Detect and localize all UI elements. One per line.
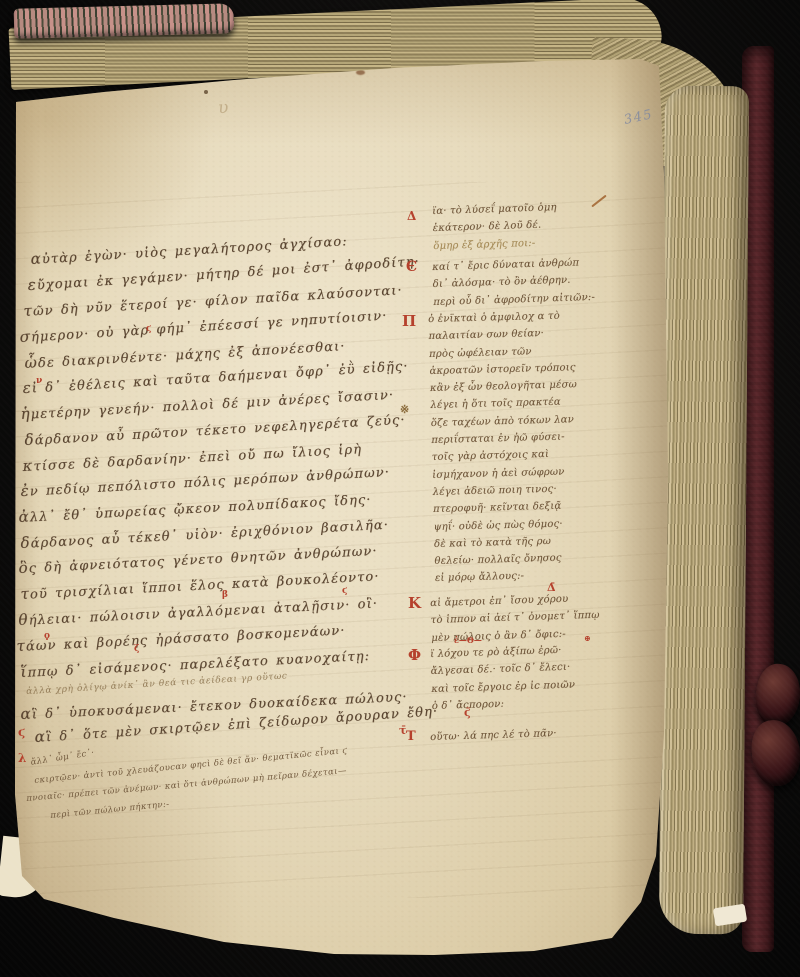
red-reference-mark-delta-bar: Δ̄ [547, 582, 556, 593]
scholion-line: ὁ δ᾽ ἄϲπορον: [432, 696, 576, 718]
scholion-block: οὕτω· λά πηϲ λέ τὸ πᾶν· [430, 728, 557, 749]
asterisk-mark: ※ [400, 404, 409, 415]
red-reference-mark-sup-line14b: ϛ [342, 587, 347, 596]
parchment-page: υ 345 αὐτὰρ ἐγὼν· υἱὸς μεγαλήτορος ἀγχίσ… [14, 54, 670, 958]
scholion-block: ϊα· τὸ λύσεΐ ματοῖο ὁμηἑκάτερον· δὲ λοῦ … [432, 202, 558, 258]
rubric-initial: Π [402, 314, 416, 329]
manuscript-photograph: υ 345 αὐτὰρ ἐγὼν· υἱὸς μεγαλήτορος ἀγχίσ… [0, 0, 800, 977]
fore-edge-page-stack [659, 86, 749, 935]
scholion-line: οὕτω· λά πηϲ λέ τὸ πᾶν· [430, 728, 557, 749]
bottom-note-line: ἄλλ᾽ ὦμ᾽ ἔϲ᾽· [30, 748, 95, 768]
red-reference-mark-sup-line14a: β [222, 591, 228, 600]
stain-spot [356, 70, 365, 75]
red-reference-mark-sup-line16b: ζ [134, 645, 139, 654]
scholion-line: εἰ μόρῳ ἄλλους:- [435, 570, 582, 591]
scholion-block: ὁ ἐνϊκταὶ ὁ ἀμφιλοχ α τὸπαλαιτίαν σων θε… [428, 310, 582, 591]
red-reference-mark-eps-theta: ἑ—Θ— [454, 636, 482, 644]
ink-speck [204, 90, 208, 94]
red-reference-mark-sup-line4: ϛ [146, 325, 151, 334]
rubric-initial: Φ [408, 648, 421, 663]
scholion-block: ϊ λόχου τε ρὸ ἀξίπω ἐρῶ·ἄλγεσαι δέ.· τοῖ… [430, 644, 576, 718]
scholion-line: ὅμηρ ἐξ ἀρχῆς ποι:- [433, 237, 558, 258]
red-reference-mark-circle-plus: ⊕ [584, 634, 591, 642]
page-number: 345 [623, 107, 655, 128]
rubric-initial: λ [18, 752, 26, 764]
red-reference-mark-detached-init: ϛ [18, 726, 25, 738]
rubric-initial: Є [406, 260, 417, 274]
red-reference-mark-detached-right: τ̄ [399, 725, 406, 736]
bottom-note-line: περὶ τῶν πώλων πήκτην:- [50, 800, 170, 821]
bleed-through-mark: υ [217, 98, 229, 119]
rubric-initial: Κ [408, 596, 421, 611]
rubric-initial: Τ [406, 730, 416, 743]
pen-trial-stroke [591, 195, 606, 208]
red-reference-mark-stigma-bar: ϛ̄ [464, 707, 471, 718]
red-reference-mark-sup-line6: ν [36, 377, 42, 386]
woven-endband [14, 3, 235, 38]
scholion-block: καί τ᾽ ἔριϲ δύναται ἀνθρώπδι᾽ ἀλόσμα· τὸ… [432, 257, 595, 314]
red-reference-mark-sup-line16a: ϙ [44, 632, 50, 641]
rubric-initial: Δ [407, 210, 416, 222]
